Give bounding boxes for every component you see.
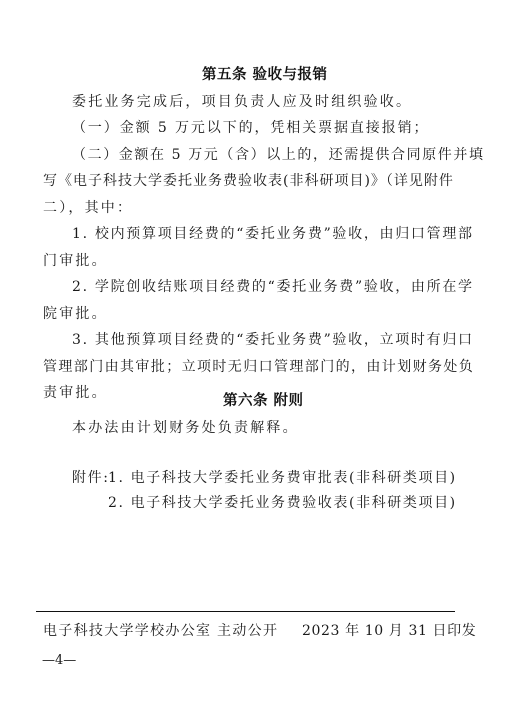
paragraph-line: 管理部门由其审批；立项时无归口管理部门的，由计划财务处负 (43, 358, 474, 376)
attachment-item-1[interactable]: 1. 电子科技大学委托业务费审批表(非科研类项目) (108, 469, 457, 487)
list-item-1: 1. 校内预算项目经费的“委托业务费”验收，由归口管理部 (72, 225, 474, 243)
section-heading-5: 第五条 验收与报销 (202, 66, 328, 84)
paragraph-line: （二）金额在 5 万元（含）以上的，还需提供合同原件并填 (72, 146, 485, 164)
list-item-2: 2. 学院创收结账项目经费的“委托业务费”验收，由所在学 (72, 278, 474, 296)
paragraph-line: 责审批。 (43, 384, 108, 402)
section-heading-6: 第六条 附则 (223, 392, 304, 410)
paragraph-line: 写《电子科技大学委托业务费验收表(非科研项目)》（详见附件 (43, 172, 454, 190)
attachment-item-2[interactable]: 2. 电子科技大学委托业务费验收表(非科研类项目) (108, 494, 457, 512)
page-number: —4— (42, 652, 76, 670)
paragraph-line: 本办法由计划财务处负责解释。 (72, 419, 299, 437)
footer-issue-date: 2023 年 10 月 31 日印发 (302, 622, 476, 640)
paragraph-line: 委托业务完成后，项目负责人应及时组织验收。 (72, 93, 412, 111)
list-item-3: 3. 其他预算项目经费的“委托业务费”验收，立项时有归口 (72, 331, 474, 349)
paragraph-line: （一）金额 5 万元以下的，凭相关票据直接报销； (72, 119, 429, 137)
attachments-label: 附件: (72, 469, 110, 487)
document-page: 第五条 验收与报销 委托业务完成后，项目负责人应及时组织验收。 （一）金额 5 … (0, 0, 507, 701)
paragraph-line: 二），其中： (43, 199, 133, 217)
paragraph-line: 院审批。 (43, 305, 108, 323)
paragraph-line: 门审批。 (43, 252, 108, 270)
footer-issuer: 电子科技大学学校办公室 主动公开 (43, 622, 278, 640)
footer-divider (36, 611, 455, 612)
